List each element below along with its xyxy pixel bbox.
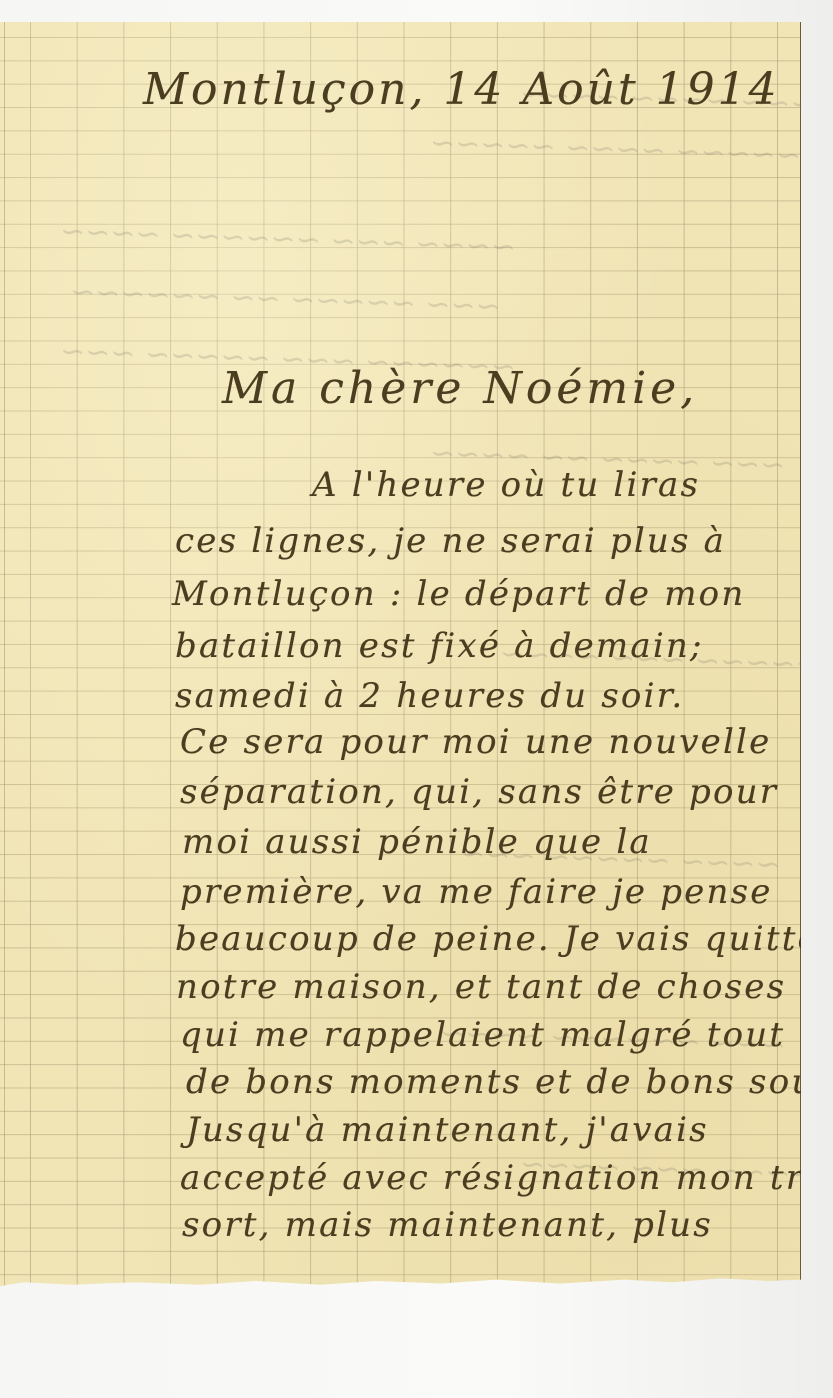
letter-line: A l'heure où tu liras — [312, 468, 700, 502]
bleed-through-text: ~~~~~ ~~~~ ~~~~~ — [430, 126, 802, 174]
letter-line: beaucoup de peine. Je vais quitter — [175, 922, 833, 956]
letter-line: de bons moments et de bons souvenirs. — [186, 1065, 833, 1099]
letter-place-date: Montluçon, 14 Août 1914 — [143, 68, 780, 112]
letter-line: accepté avec résignation mon triste — [180, 1161, 833, 1195]
letter-line: première, va me faire je pense — [180, 875, 773, 909]
letter-line: sort, mais maintenant, plus — [182, 1208, 713, 1242]
letter-line: Ce sera pour moi une nouvelle — [180, 725, 771, 759]
letter-line: samedi à 2 heures du soir. — [175, 679, 684, 713]
letter-line: bataillon est fixé à demain; — [175, 629, 704, 663]
bleed-through-text: ~~~ ~~~~~ ~~ ~~~~~~ — [70, 274, 502, 324]
letter-line: qui me rappelaient malgré tout — [180, 1018, 785, 1052]
letter-line: moi aussi pénible que la — [182, 825, 652, 859]
letter-line: notre maison, et tant de choses — [176, 970, 786, 1004]
letter-sheet: ~~~ ~~~~ ~~~~ ~~~~~ ~~~~ ~~~~~ ~~~~ ~~~ … — [0, 22, 801, 1286]
margin-line — [4, 22, 5, 1286]
letter-line: Montluçon : le départ de mon — [172, 577, 745, 611]
letter-line: Jusqu'à maintenant, j'avais — [186, 1113, 709, 1147]
scanned-page: ~~~ ~~~~ ~~~~ ~~~~~ ~~~~ ~~~~~ ~~~~ ~~~ … — [0, 0, 833, 1398]
letter-salutation: Ma chère Noémie, — [222, 367, 698, 411]
letter-line: ces lignes, je ne serai plus à — [175, 524, 726, 558]
letter-line: séparation, qui, sans être pour — [180, 775, 778, 809]
bleed-through-text: ~~~~ ~~~ ~~~~~~ ~~~~ — [60, 214, 517, 265]
